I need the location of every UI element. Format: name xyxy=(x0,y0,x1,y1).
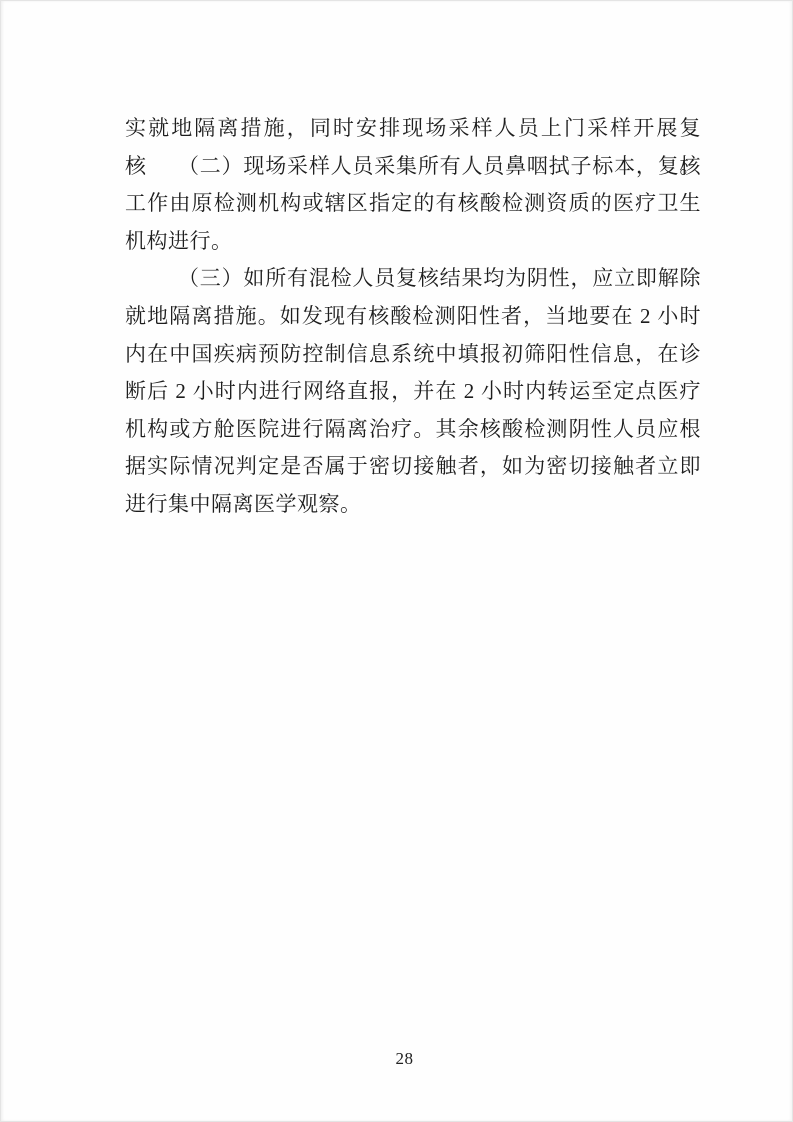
text-line: （三）如所有混检人员复核结果均为阴性，应立即解除 xyxy=(125,260,701,298)
text-line: 据实际情况判定是否属于密切接触者，如为密切接触者立即 xyxy=(125,448,701,486)
text-line: 机构或方舱医院进行隔离治疗。其余核酸检测阴性人员应根 xyxy=(125,411,701,449)
text-line: （二）现场采样人员采集所有人员鼻咽拭子标本，复核 xyxy=(125,148,701,186)
text-line: 就地隔离措施。如发现有核酸检测阳性者，当地要在 2 小时 xyxy=(125,298,701,336)
page-footer: 28 xyxy=(17,1049,792,1069)
page-number: 28 xyxy=(396,1049,414,1068)
text-line: 工作由原检测机构或辖区指定的有核酸检测资质的医疗卫生 xyxy=(125,185,701,223)
text-line: 进行集中隔离医学观察。 xyxy=(125,486,701,524)
document-page: 实就地隔离措施，同时安排现场采样人员上门采样开展复核。（二）现场采样人员采集所有… xyxy=(0,0,793,1122)
text-line: 机构进行。 xyxy=(125,223,701,261)
text-line: 断后 2 小时内进行网络直报，并在 2 小时内转运至定点医疗 xyxy=(125,373,701,411)
text-line: 内在中国疾病预防控制信息系统中填报初筛阳性信息，在诊 xyxy=(125,336,701,374)
document-body: 实就地隔离措施，同时安排现场采样人员上门采样开展复核。（二）现场采样人员采集所有… xyxy=(125,110,701,524)
paragraph: 实就地隔离措施，同时安排现场采样人员上门采样开展复核。 xyxy=(125,110,701,148)
text-line: 实就地隔离措施，同时安排现场采样人员上门采样开展复核。 xyxy=(125,110,701,148)
paragraph: （二）现场采样人员采集所有人员鼻咽拭子标本，复核工作由原检测机构或辖区指定的有核… xyxy=(125,148,701,261)
paragraph: （三）如所有混检人员复核结果均为阴性，应立即解除就地隔离措施。如发现有核酸检测阳… xyxy=(125,260,701,523)
